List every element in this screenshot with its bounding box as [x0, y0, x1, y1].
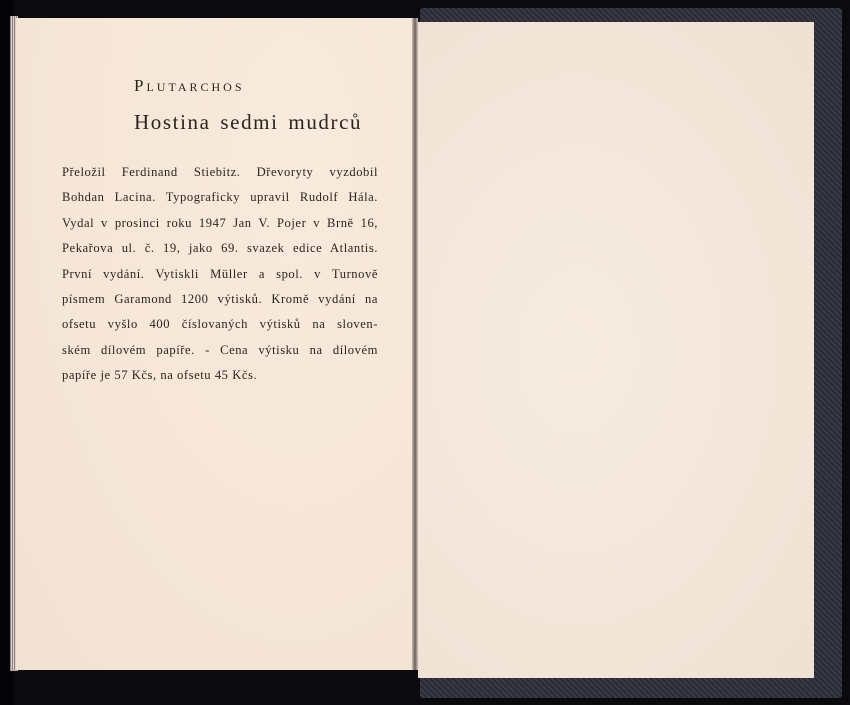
colophon-line: ském dílovém papíře. - Cena výtisku na d… [62, 338, 378, 363]
colophon-line: První vydání. Vytiskli Müller a spol. v … [62, 262, 378, 287]
colophon-line: papíře je 57 Kčs, na ofsetu 45 Kčs. [62, 363, 378, 388]
colophon-line: Bohdan Lacina. Typograficky upravil Rudo… [62, 185, 378, 210]
book-gutter [412, 18, 418, 670]
colophon-line: Pekařova ul. č. 19, jako 69. svazek edic… [62, 236, 378, 261]
colophon-line: písmem Garamond 1200 výtisků. Kromě vydá… [62, 287, 378, 312]
colophon-line: Přeložil Ferdinand Stiebitz. Dřevoryty v… [62, 160, 378, 185]
colophon-line: Vydal v prosinci roku 1947 Jan V. Pojer … [62, 211, 378, 236]
right-page-blank [418, 22, 814, 678]
book-title: Hostina sedmi mudrců [134, 110, 362, 135]
author-heading: Plutarchos [134, 76, 245, 96]
colophon-line: ofsetu vyšlo 400 číslovaných výtisků na … [62, 312, 378, 337]
colophon-text: Přeložil Ferdinand Stiebitz. Dřevoryty v… [62, 160, 378, 389]
